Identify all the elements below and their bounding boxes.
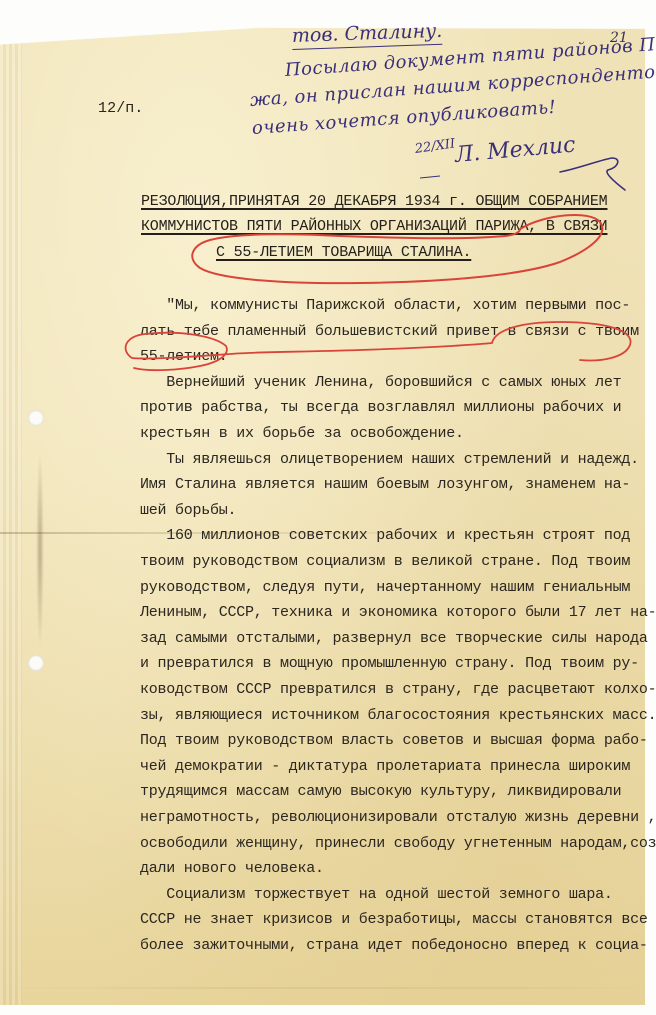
body-line: 55-летием. bbox=[140, 348, 228, 365]
body-line: Имя Сталина является нашим боевым лозунг… bbox=[140, 476, 630, 493]
body-line: зад самыми отсталыми, развернул все твор… bbox=[140, 630, 648, 647]
body-line: крестьян в их борьбе за освобождение. bbox=[140, 425, 464, 442]
body-line: 160 миллионов советских рабочих и кресть… bbox=[140, 527, 630, 544]
body-line: лать тебе пламенный большевистский приве… bbox=[140, 323, 639, 340]
body-line: Лениным, СССР, техника и экономика котор… bbox=[140, 604, 656, 621]
body-line: шей борьбы. bbox=[140, 502, 236, 519]
body-line: неграмотность, революционизировали отста… bbox=[140, 809, 656, 826]
body-line: СССР не знает кризисов и безработицы, ма… bbox=[140, 911, 648, 928]
resolution-title-line: С 55-ЛЕТИЕМ ТОВАРИЩА СТАЛИНА. bbox=[216, 244, 471, 261]
margin-stain bbox=[36, 450, 44, 650]
body-line: зы, являющиеся источником благосостояния… bbox=[140, 707, 656, 724]
reference-number: 12/п. bbox=[98, 100, 144, 117]
body-line: против рабства, ты всегда возглавлял мил… bbox=[140, 399, 621, 416]
body-line: трудящимся массам самую высокую культуру… bbox=[140, 783, 621, 800]
body-line: Социализм торжествует на одной шестой зе… bbox=[140, 886, 613, 903]
paper-edge bbox=[0, 20, 22, 1005]
body-line: Вернейший ученик Ленина, боровшийся с са… bbox=[140, 374, 621, 391]
resolution-title-line: РЕЗОЛЮЦИЯ,ПРИНЯТАЯ 20 ДЕКАБРЯ 1934 г. ОБ… bbox=[141, 193, 607, 210]
punch-hole-bottom bbox=[28, 655, 44, 671]
body-line: "Мы, коммунисты Парижской области, хотим… bbox=[140, 297, 630, 314]
resolution-title-line: КОММУНИСТОВ ПЯТИ РАЙОННЫХ ОРГАНИЗАЦИЙ ПА… bbox=[141, 218, 607, 235]
annotation-addressee: тов. Сталину. bbox=[292, 20, 443, 50]
body-line: ководством СССР превратился в страну, гд… bbox=[140, 681, 656, 698]
body-line: Ты являешься олицетворением наших стремл… bbox=[140, 451, 639, 468]
punch-hole-top bbox=[28, 410, 44, 426]
body-line: дали нового человека. bbox=[140, 860, 324, 877]
body-line: Под твоим руководством власть советов и … bbox=[140, 732, 648, 749]
document-page bbox=[0, 20, 645, 1005]
body-line: освободили женщину, принесли свободу угн… bbox=[140, 835, 656, 852]
fold-crease-bottom bbox=[0, 987, 645, 989]
body-line: более зажиточными, страна идет победонос… bbox=[140, 937, 648, 954]
body-line: твоим руководством социализм в великой с… bbox=[140, 553, 630, 570]
body-line: чей демократии - диктатура пролетариата … bbox=[140, 758, 630, 775]
body-line: руководством, следуя пути, начертанному … bbox=[140, 579, 630, 596]
body-line: и превратился в мощную промышленную стра… bbox=[140, 655, 639, 672]
